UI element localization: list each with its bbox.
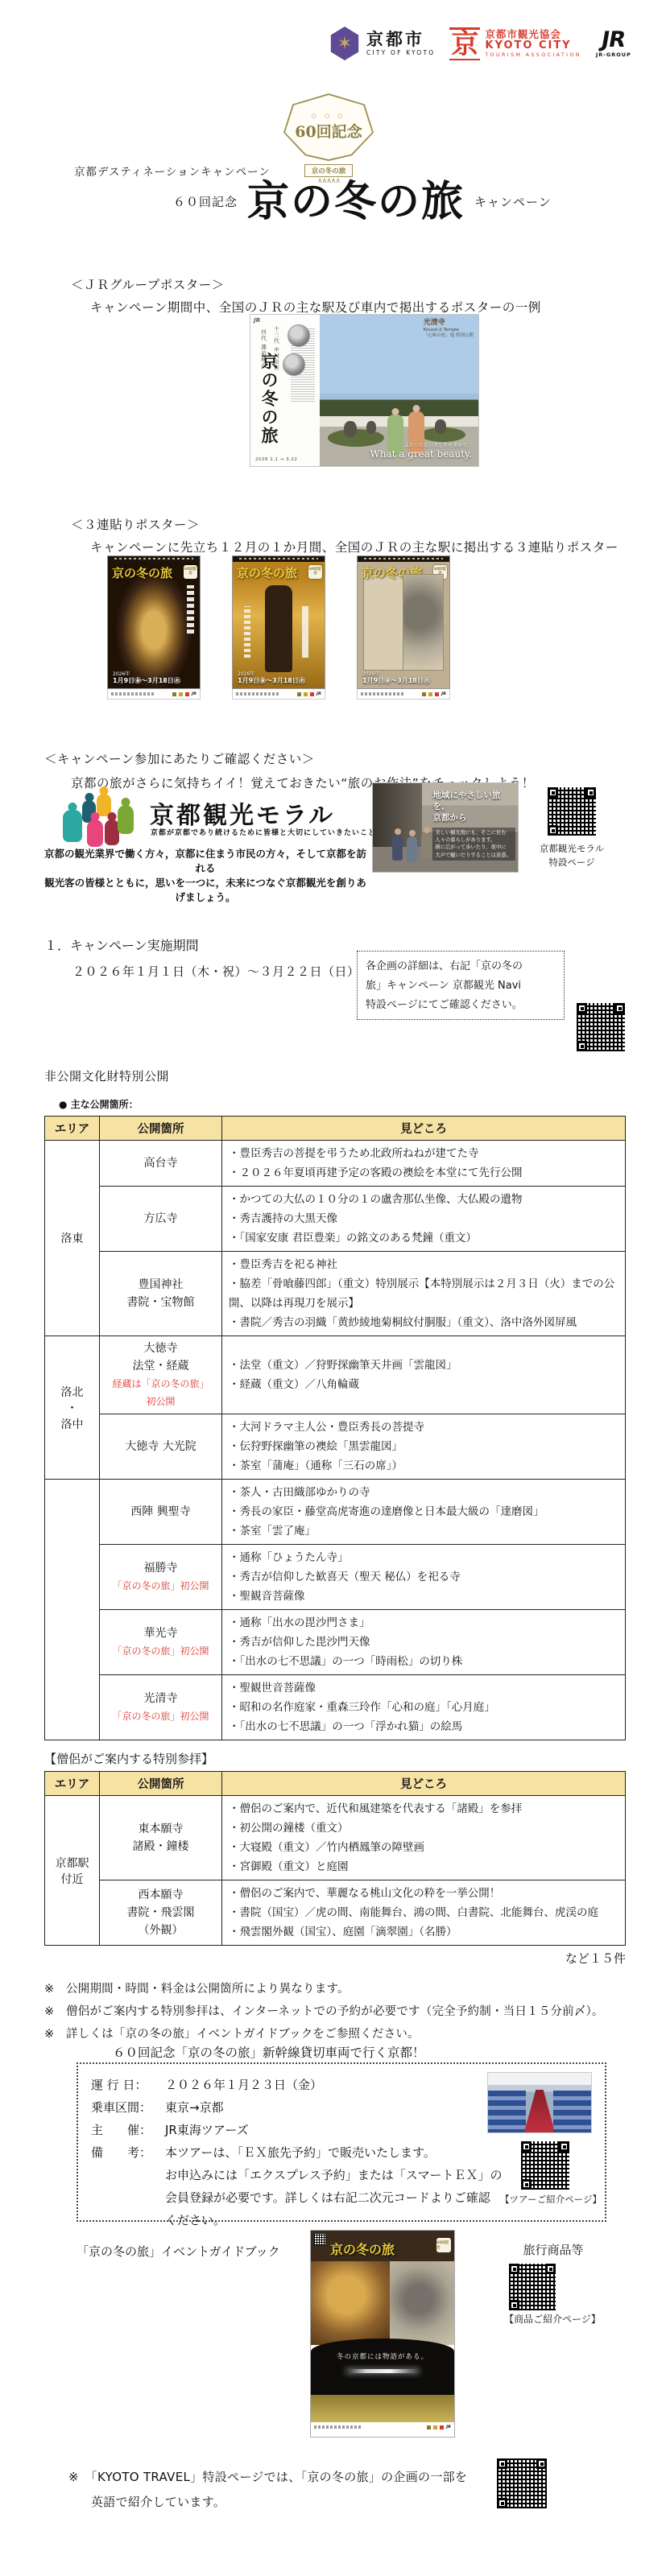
table-row: 京都駅付近 東本願寺諸殿・鐘楼 ・僧侶のご案内で、近代和風建築を代表する「諸殿」… [45,1796,626,1880]
monk-guided-table: エリア 公開箇所 見どころ 京都駅付近 東本願寺諸殿・鐘楼 ・僧侶のご案内で、近… [44,1771,626,1946]
spot-cell: 方広寺 [100,1187,222,1252]
table-row: 西本願寺書院・飛雲閣（外観） ・僧侶のご案内で、華麗なる桃山文化の粋を一挙公開！… [45,1880,626,1946]
tour-qr-code [521,2141,569,2190]
kyoto-travel-qr-code [497,2458,547,2508]
kyo-mark-icon: 京 [449,27,480,60]
special-openings-table: エリア 公開箇所 見どころ 洛東 高台寺 ・豊臣秀吉の菩提を弔うため北政所ねねが… [44,1116,626,1740]
emblem-ribbon: 京の冬の旅 [304,164,354,177]
area-cell: 洛北・洛中 [45,1336,100,1480]
morals-qr-label: 京都観光モラル特設ページ [525,842,618,869]
first-opening-note: 「京の冬の旅」初公開 [101,1642,220,1660]
kyoto-city-name: 京都市 [366,31,435,48]
special-openings-section: 非公開文化財特別公開 ● 主な公開箇所： エリア 公開箇所 見どころ 洛東 高台… [44,1067,626,2046]
highlights-cell: ・法堂（重文）／狩野探幽筆天井画「雲龍図」・経蔵（重文）／八角輪蔵 [222,1336,626,1414]
portrait-photo-2 [283,353,305,376]
highlights-cell: ・聖観世音菩薩像・昭和の名作庭家・重森三玲作「心和の庭」「心月庭」・「出水の七不… [222,1675,626,1740]
title-prefix: ６０回記念 [173,193,238,210]
dragon-screen-image [390,2261,454,2345]
table-row: 西陣 興聖寺 ・茶人・古田織部ゆかりの寺・秀長の家臣・藤堂高虎寄進の達磨像と日本… [45,1480,626,1545]
morals-qr-code [548,787,596,836]
total-count: など１５件 [44,1950,626,1967]
poster-screen-painting: 京の冬の旅 60回記念 2026年 1月9日㊎～3月18日㊌ JR [357,555,450,700]
poster-vertical-title: 京の冬の旅 [257,353,281,445]
kyoto-city-emblem-icon [329,27,361,60]
highlights-cell: ・通称「出水の毘沙門さま」・秀吉が信仰した毘沙門天像・「出水の七不思議」の一つ「… [222,1610,626,1675]
kyoto-city-logo: 京都市 CITY OF KYOTO [329,27,435,60]
page-title: ６０回記念 京の冬の旅 キャンペーン [173,179,552,225]
products-qr-code [509,2264,556,2310]
garden-stone [366,421,376,434]
navi-qr-code [577,1003,625,1051]
guidebook-cover: 京の冬の旅 60回記念 冬の京都には物語がある。 JR [310,2230,455,2438]
table-header-row: エリア 公開箇所 見どころ [45,1117,626,1141]
spot-cell: 東本願寺諸殿・鐘楼 [100,1796,222,1880]
street-photo: 地域にやさしい旅を、京都から 美しい観光地にも、そこに住む人々の暮らしがあります… [372,782,519,873]
first-opening-note: 経蔵は「京の冬の旅」初公開 [101,1375,220,1410]
header-logos: 京都市 CITY OF KYOTO 京 京都市観光協会 KYOTO CITY T… [329,27,631,60]
spot-cell: 高台寺 [100,1141,222,1187]
anniversary-badge-icon: 60回記念 [433,565,447,579]
poster-logos-strip: JR [357,689,450,700]
shinkansen-heading: ６０回記念「京の冬の旅」新幹線貸切車両で行く京都！ [113,2043,425,2061]
morals-heading: ＜キャンペーン参加にあたりご確認ください＞ [44,749,315,767]
press-release-page: 京都市 CITY OF KYOTO 京 京都市観光協会 KYOTO CITY T… [0,0,666,2576]
spot-cell: 福勝寺「京の冬の旅」初公開 [100,1545,222,1610]
cover-qr-code [314,2234,325,2245]
special-sub: ● 主な公開箇所： [59,1097,626,1111]
period-info-box: 各企画の詳細は、右記「京の冬の旅」キャンペーン 京都観光 Navi特設ページにて… [357,951,565,1020]
table-row: 豊国神社書院・宝物館 ・豊臣秀吉を祀る神社・脇差「骨喰藤四郎」（重文）特別展示【… [45,1252,626,1336]
poster-buddha: 京の冬の旅 60回記念 2026年 1月9日㊎～3月18日㊌ JR [107,555,201,700]
poster-jr-icon: JR [253,317,260,324]
anniversary-badge-icon: 60回記念 [436,2238,451,2252]
jr-logo-icon: JR [600,29,627,51]
poster-temple-caption: 光清寺 Kousei-ji Temple 「心和の庭」他 特別公開 [424,319,474,339]
cover-artwork [311,2261,454,2345]
notes: ※ 公開期間・時間・料金は公開箇所により異なります。※ 僧侶がご案内する特別参拝… [44,1978,626,2046]
garden-stone [344,421,357,437]
highlights-cell: ・豊臣秀吉を祀る神社・脇差「骨喰藤四郎」（重文）特別展示【本特別展示は２月３日（… [222,1252,626,1336]
spot-cell: 西本願寺書院・飛雲閣（外観） [100,1880,222,1946]
spot-cell: 豊国神社書院・宝物館 [100,1252,222,1336]
table-header-row: エリア 公開箇所 見どころ [45,1772,626,1796]
highlights-cell: ・僧侶のご案内で、華麗なる桃山文化の粋を一挙公開！・書院（国宝）／虎の間、南能舞… [222,1880,626,1946]
spot-cell: 西陣 興聖寺 [100,1480,222,1545]
highlights-cell: ・通称「ひょうたん寺」・秀吉が信仰した歓喜天（聖天 秘仏）を祀る寺・聖観音菩薩像 [222,1545,626,1610]
kyoto-city-sub: CITY OF KYOTO [366,50,435,56]
sword-image [345,2369,420,2373]
table-row: 光清寺「京の冬の旅」初公開 ・聖観世音菩薩像・昭和の名作庭家・重森三玲作「心和の… [45,1675,626,1740]
poster-tagline: ふたつとない美しさを求めて。 What a great beauty. [370,441,472,460]
morals-logo-sub: 京都が京都であり続けるために皆様と大切にしていきたいこと [151,827,376,837]
table-row: 大徳寺 大光院 ・大河ドラマ主人公・豊臣秀長の菩提寺・伝狩野探幽筆の襖絵「黒雲龍… [45,1414,626,1480]
triple-posters: 京の冬の旅 60回記念 2026年 1月9日㊎～3月18日㊌ JR 京の冬の旅 … [107,555,450,700]
morals-body: 京都の観光業界で働く方々，京都に住まう市民の方々，そして京都を訪れる観光客の皆様… [40,847,370,905]
poster-period: 2026 1.1 → 3.22 [255,457,297,462]
anniversary-badge-icon: 60回記念 [184,565,197,579]
jr-poster-heading: ＜ＪＲグループポスター＞ [71,275,225,293]
poster-logos-strip: JR [107,689,201,700]
jr-group-logo: JR JR-GROUP [596,29,631,58]
special-heading: 非公開文化財特別公開 [44,1067,626,1084]
highlights-cell: ・大河ドラマ主人公・豊臣秀長の菩提寺・伝狩野探幽筆の襖絵「黒雲龍図」・茶室「蒲庵… [222,1414,626,1480]
travel-products-label: 旅行商品等 [493,2241,614,2258]
spot-cell: 華光寺「京の冬の旅」初公開 [100,1610,222,1675]
campaign-label: 京都デスティネーションキャンペーン [74,163,271,179]
anniversary-emblem: ○ ○ ○ 60回記念 京の冬の旅 ∧∧∧∧∧ [283,93,374,185]
title-suffix: キャンペーン [474,193,552,210]
rock-garden-photo: 光清寺 Kousei-ji Temple 「心和の庭」他 特別公開 ふたつとない… [320,315,478,466]
spot-cell: 光清寺「京の冬の旅」初公開 [100,1675,222,1740]
morals-logo-title: 京都観光モラル [150,795,335,831]
anniversary-badge-icon: 60回記念 [308,565,322,579]
jr-group-poster-image: JR 十三代 中村宗哲 四代 諏訪蘇山 京の冬の旅 2026 1.1 → 3.2… [250,314,479,467]
vertical-caption [187,585,194,634]
products-qr-caption: 【商品ご紹介ページ】 [480,2312,625,2326]
highlights-cell: ・茶人・古田織部ゆかりの寺・秀長の家臣・藤堂高虎寄進の達磨像と日本最大級の「達磨… [222,1480,626,1545]
emblem-shield-icon: ○ ○ ○ 60回記念 [283,93,374,161]
cover-logos-strip: JR [311,2422,454,2432]
tour-info-box: 運 行 日：２０２６年１月２３日（金） 乗車区間：東京→京都 主 催：JR東海ツ… [77,2062,606,2222]
table-row: 洛東 高台寺 ・豊臣秀吉の菩提を弔うため北政所ねねが建てた寺・２０２６年夏頃再建… [45,1141,626,1187]
table-row: 福勝寺「京の冬の旅」初公開 ・通称「ひょうたん寺」・秀吉が信仰した歓喜天（聖天 … [45,1545,626,1610]
tour-qr-caption: 【ツアーご紹介ページ】 [500,2193,602,2206]
portrait-photo-1 [287,324,310,347]
table-row: 方広寺 ・かつての大仏の１０分の１の盧舎那仏坐像、大仏殿の遺物・秀吉護持の大黒天… [45,1187,626,1252]
tourism-association-logo: 京 京都市観光協会 KYOTO CITY TOURISM ASSOCIATION [449,27,581,60]
area-cell-blank [45,1480,100,1740]
first-opening-note: 「京の冬の旅」初公開 [101,1707,220,1725]
street-photo-text: 美しい観光地にも、そこに住む人々の暮らしがあります。横に広がって歩いたり、夜中に… [432,828,515,861]
highlights-cell: ・かつての大仏の１０分の１の盧舎那仏坐像、大仏殿の遺物・秀吉護持の大黒天像・「国… [222,1187,626,1252]
triple-poster-heading: ＜３連貼りポスター＞ [71,515,200,533]
guidebook-label: 「京の冬の旅」イベントガイドブック [77,2243,280,2260]
tour-remarks: 本ツアーは、「ＥＸ旅先予約」で販売いたします。お申込みには「エクスプレス予約」ま… [165,2141,503,2231]
title-main: 京の冬の旅 [247,179,465,225]
highlights-cell: ・僧侶のご案内で、近代和風建築を代表する「諸殿」を参拝・初公開の鐘楼（重文）・大… [222,1796,626,1880]
association-name: 京都市観光協会 [485,29,581,40]
period-heading: １．キャンペーン実施期間 [44,935,199,954]
area-cell: 洛東 [45,1141,100,1336]
train-interior-photo [487,2072,592,2133]
emblem-title: 60回記念 [295,120,362,142]
monk-table-title: 【僧侶がご案内する特別参拝】 [44,1750,626,1767]
table-row: 華光寺「京の冬の旅」初公開 ・通称「出水の毘沙門さま」・秀吉が信仰した毘沙門天像… [45,1610,626,1675]
cover-tagline: 冬の京都には物語がある。 [311,2339,454,2361]
poster-logos-strip: JR [232,689,325,700]
garden-stone [435,419,446,434]
spot-cell: 大徳寺法堂・経蔵経蔵は「京の冬の旅」初公開 [100,1336,222,1414]
table-row: 洛北・洛中 大徳寺法堂・経蔵経蔵は「京の冬の旅」初公開 ・法堂（重文）／狩野探幽… [45,1336,626,1414]
highlights-cell: ・豊臣秀吉の菩提を弔うため北政所ねねが建てた寺・２０２６年夏頃再建予定の客殿の襖… [222,1141,626,1187]
morals-people-icon [63,792,137,850]
street-photo-caption: 地域にやさしい旅を、京都から [432,790,515,824]
triple-poster-desc: キャンペーンに先立ち１２月の１か月間、全国のＪＲの主な駅に掲出する３連貼りポスタ… [90,538,618,555]
buddha-statue-image [311,2261,390,2345]
poster-deity: 京の冬の旅 60回記念 2026年 1月9日㊎～3月18日㊌ JR [232,555,325,700]
first-opening-note: 「京の冬の旅」初公開 [101,1577,220,1595]
area-cell: 京都駅付近 [45,1796,100,1946]
spot-cell: 大徳寺 大光院 [100,1414,222,1480]
jr-poster-desc: キャンペーン期間中、全国のＪＲの主な駅及び車内で掲出するポスターの一例 [90,298,541,316]
period-date: ２０２６年１月１日（木・祝）～３月２２日（日） [72,963,360,980]
